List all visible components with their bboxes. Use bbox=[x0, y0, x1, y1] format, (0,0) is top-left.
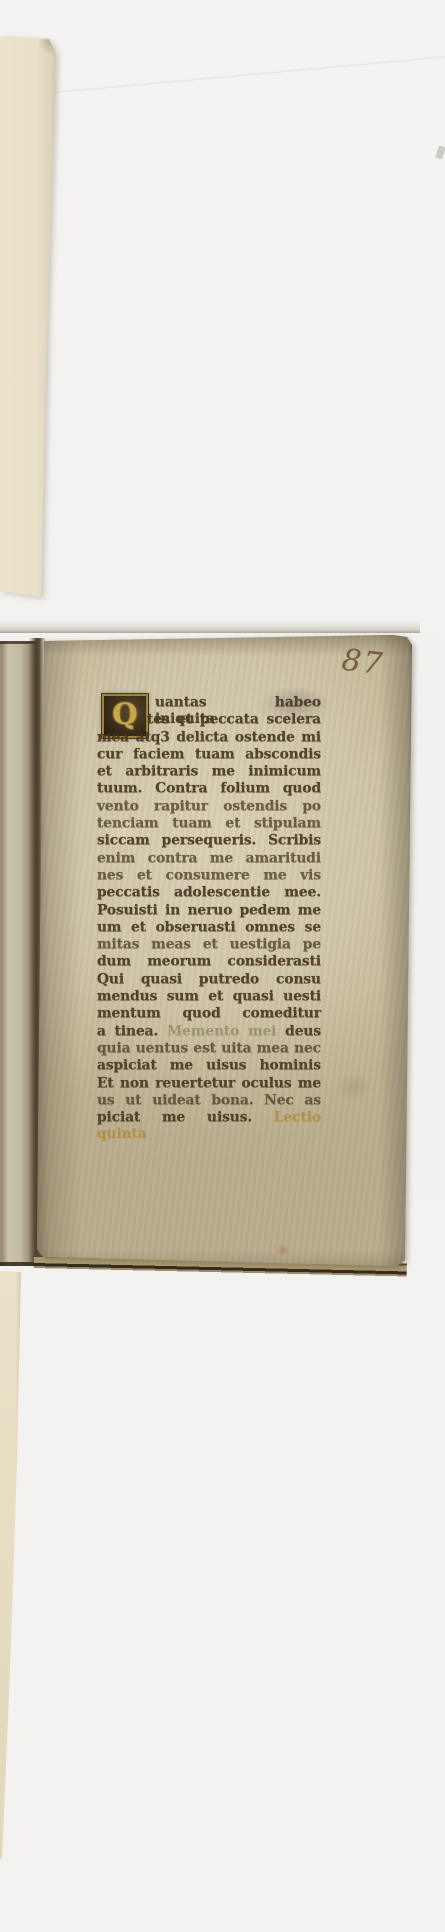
text-segment: vento rapitur ostendis po bbox=[97, 798, 321, 814]
manuscript-page-wrap: 87 Q uantas habeo iniquitates et peccata… bbox=[33, 632, 415, 1280]
manuscript-text-line: tuum. Contra folium quod bbox=[97, 780, 321, 798]
text-segment: um et obseruasti omnes se bbox=[97, 919, 321, 935]
manuscript-text-line: mendus sum et quasi uesti bbox=[97, 988, 321, 1006]
text-segment: quia uentus est uita mea nec bbox=[97, 1040, 321, 1056]
text-segment: Et non reuertetur oculus me bbox=[97, 1075, 321, 1091]
text-segment: mentum quod comeditur bbox=[97, 1005, 321, 1021]
text-segment: mendus sum et quasi uesti bbox=[97, 988, 321, 1004]
manuscript-text-line: us ut uideat bona. Nec as bbox=[97, 1092, 321, 1110]
text-segment: tenciam tuam et stipulam bbox=[97, 815, 321, 831]
text-segment: tes et peccata scelera bbox=[147, 711, 321, 727]
text-segment: siccam persequeris. Scribis bbox=[97, 832, 321, 848]
manuscript-text-line: nes et consumere me vis bbox=[97, 867, 321, 885]
text-segment: a tinea. bbox=[97, 1023, 167, 1039]
backdrop-crease bbox=[0, 54, 445, 100]
manuscript-text-line: piciat me uisus. Lectio quinta bbox=[97, 1109, 321, 1127]
manuscript-text-line: peccatis adolescentie mee. bbox=[97, 884, 321, 902]
manuscript-text-line: dum meorum considerasti bbox=[97, 953, 321, 971]
text-segment: deus bbox=[276, 1023, 321, 1039]
text-segment: peccatis adolescentie mee. bbox=[97, 884, 321, 900]
text-segment: nes et consumere me vis bbox=[97, 867, 321, 883]
text-segment: et arbitraris me inimicum bbox=[97, 763, 321, 779]
manuscript-text-line: vento rapitur ostendis po bbox=[97, 798, 321, 816]
parchment-edge-bottom-left bbox=[0, 1271, 26, 1877]
manuscript-text-line: cur faciem tuam abscondis bbox=[97, 746, 321, 764]
open-book: 87 Q uantas habeo iniquitates et peccata… bbox=[0, 632, 445, 1292]
manuscript-text-line: Qui quasi putredo consu bbox=[97, 971, 321, 989]
manuscript-text-line: mea atq3 delicta ostende mi bbox=[97, 729, 321, 747]
text-segment: us ut uideat bona. Nec as bbox=[97, 1092, 321, 1108]
manuscript-text-line: quia uentus est uita mea nec bbox=[97, 1040, 321, 1058]
manuscript-text-line: mitas meas et uestigia pe bbox=[97, 936, 321, 954]
text-segment: enim contra me amaritudi bbox=[97, 850, 321, 866]
photo-canvas: 87 Q uantas habeo iniquitates et peccata… bbox=[0, 0, 445, 1932]
text-segment: tuum. Contra folium quod bbox=[97, 780, 321, 796]
manuscript-text-line: enim contra me amaritudi bbox=[97, 850, 321, 868]
manuscript-text-line: Et non reuertetur oculus me bbox=[97, 1075, 321, 1093]
manuscript-text-line: a tinea. Memento mei deus bbox=[97, 1023, 321, 1041]
text-segment: mea atq3 delicta ostende mi bbox=[97, 729, 321, 745]
manuscript-text-line: et arbitraris me inimicum bbox=[97, 763, 321, 781]
backdrop-edge-mark bbox=[435, 145, 445, 160]
text-segment-faded: Memento mei bbox=[167, 1023, 276, 1039]
manuscript-text-line: um et obseruasti omnes se bbox=[97, 919, 321, 937]
parchment-leaf-top-left bbox=[0, 27, 62, 607]
folio-number: 87 bbox=[338, 643, 403, 698]
text-segment: piciat me uisus. bbox=[97, 1109, 274, 1125]
text-segment: dum meorum considerasti bbox=[97, 953, 321, 969]
manuscript-text-line: Posuisti in neruo pedem me bbox=[97, 902, 321, 920]
text-segment: mitas meas et uestigia pe bbox=[97, 936, 321, 952]
text-segment: cur faciem tuam abscondis bbox=[97, 746, 321, 762]
manuscript-text-line: siccam persequeris. Scribis bbox=[97, 832, 321, 850]
manuscript-text-line: mentum quod comeditur bbox=[97, 1005, 321, 1023]
text-segment: Qui quasi putredo consu bbox=[97, 971, 321, 987]
manuscript-text-line: uantas habeo iniquita bbox=[97, 694, 321, 712]
text-block: Q uantas habeo iniquitates et peccata sc… bbox=[97, 694, 321, 1126]
text-segment: aspiciat me uisus hominis bbox=[97, 1057, 321, 1073]
manuscript-text-line: aspiciat me uisus hominis bbox=[97, 1057, 321, 1075]
manuscript-page: 87 Q uantas habeo iniquitates et peccata… bbox=[33, 632, 415, 1280]
parchment-leaf-surface bbox=[0, 27, 62, 607]
manuscript-text-line: tenciam tuam et stipulam bbox=[97, 815, 321, 833]
manuscript-text-line: tes et peccata scelera bbox=[97, 711, 321, 729]
text-segment: Posuisti in neruo pedem me bbox=[97, 902, 321, 918]
